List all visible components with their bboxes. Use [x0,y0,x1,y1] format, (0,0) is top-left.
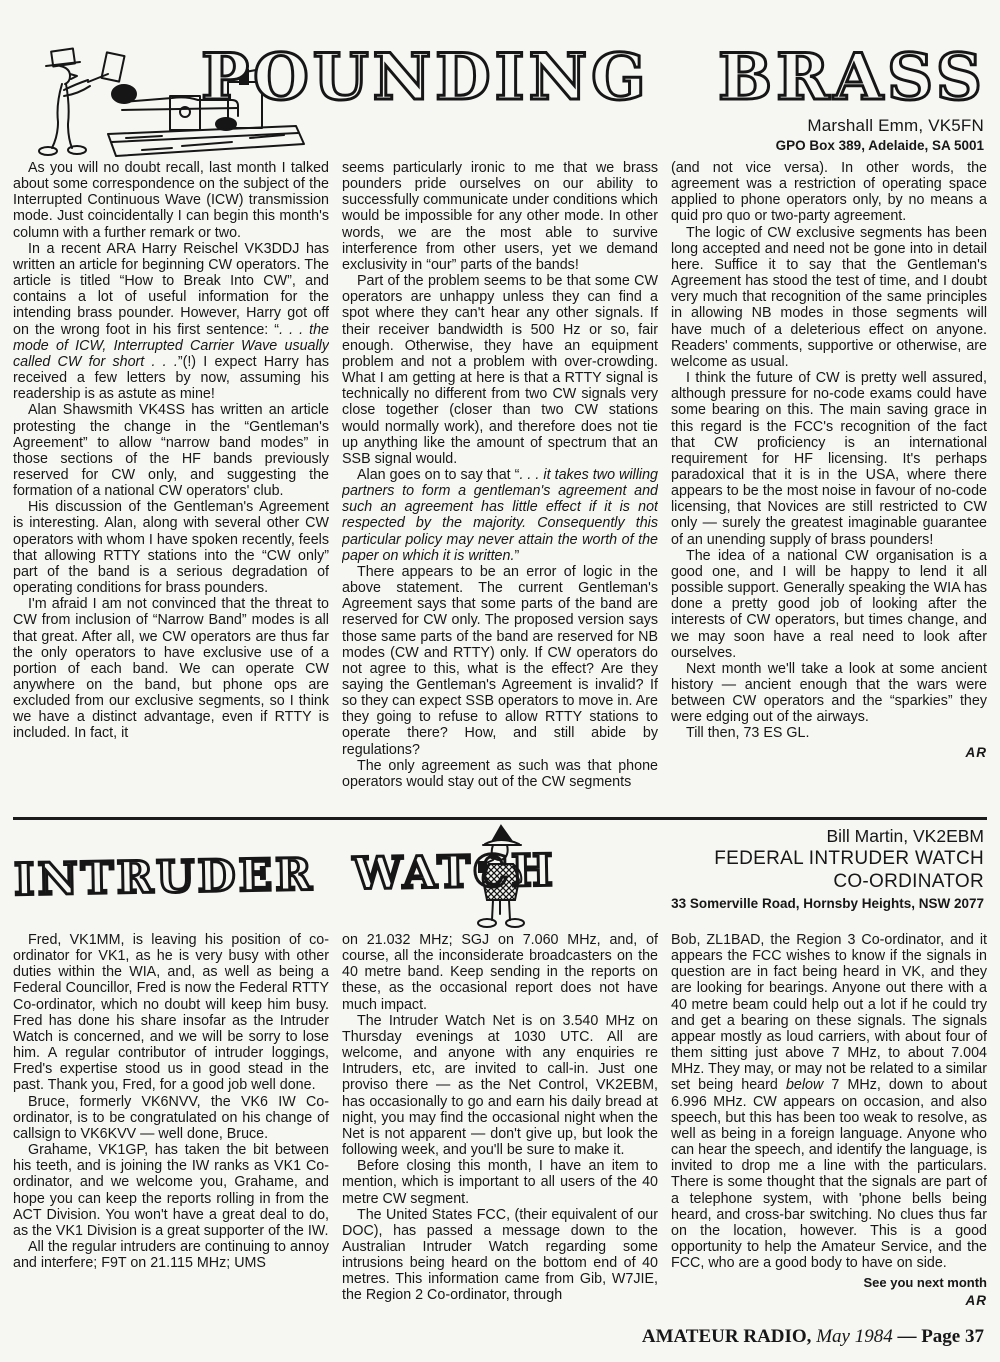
article2-column-3: Bob, ZL1BAD, the Region 3 Co-ordinator, … [671,932,987,1330]
article2-address: 33 Somerville Road, Hornsby Heights, NSW… [671,896,984,911]
paragraph: on 21.032 MHz; SGJ on 7.060 MHz, and, of… [342,932,658,1013]
paragraph: Before closing this month, I have an ite… [342,1158,658,1206]
paragraph: There appears to be an error of logic in… [342,564,658,758]
paragraph: (and not vice versa). In other words, th… [671,160,987,225]
article1-end-mark: AR [671,745,987,760]
article2-column-1: Fred, VK1MM, is leaving his position of … [13,932,329,1330]
article2-byline: Bill Martin, VK2EBM FEDERAL INTRUDER WAT… [671,826,984,911]
paragraph: The logic of CW exclusive segments has b… [671,225,987,370]
article1-column-2: seems particularly ironic to me that we … [342,160,658,812]
paragraph: The idea of a national CW organisation i… [671,548,987,661]
article1-address: GPO Box 389, Adelaide, SA 5001 [776,138,984,153]
intruder-watch-mascot-icon [455,822,547,930]
paragraph: Alan goes on to say that “. . . it takes… [342,467,658,564]
paragraph: As you will no doubt recall, last month … [13,160,329,241]
see-you-next-month: See you next month [671,1275,987,1290]
article1-column-3: (and not vice versa). In other words, th… [671,160,987,812]
paragraph: All the regular intruders are continuing… [13,1239,329,1271]
article1-author: Marshall Emm, VK5FN [776,116,984,136]
article2-role-line1: FEDERAL INTRUDER WATCH [671,848,984,870]
paragraph: His discussion of the Gentleman's Agreem… [13,499,329,596]
article1-column-1: As you will no doubt recall, last month … [13,160,329,812]
article1-byline: Marshall Emm, VK5FN GPO Box 389, Adelaid… [776,116,984,153]
article2-role-line2: CO-ORDINATOR [671,871,984,893]
article2-author: Bill Martin, VK2EBM [671,826,984,847]
article2-column-2: on 21.032 MHz; SGJ on 7.060 MHz, and, of… [342,932,658,1330]
paragraph: The Intruder Watch Net is on 3.540 MHz o… [342,1013,658,1158]
article1-body: As you will no doubt recall, last month … [0,160,1000,812]
paragraph: The United States FCC, (their equivalent… [342,1207,658,1304]
page-footer: AMATEUR RADIO, May 1984 — Page 37 [642,1326,984,1348]
paragraph: seems particularly ironic to me that we … [342,160,658,273]
paragraph: Alan Shawsmith VK4SS has written an arti… [13,402,329,499]
paragraph: Grahame, VK1GP, has taken the bit betwee… [13,1142,329,1239]
paragraph: Till then, 73 ES GL. [671,725,987,741]
paragraph: The only agreement as such was that phon… [342,758,658,790]
paragraph: I'm afraid I am not convinced that the t… [13,596,329,741]
article2-end-mark: AR [671,1293,987,1308]
magazine-page: POUNDING BRASS Marshall Emm, VK5FN GPO B… [0,0,1000,1362]
pounding-brass-header: POUNDING BRASS Marshall Emm, VK5FN GPO B… [0,0,1000,160]
paragraph: Bruce, formerly VK6NVV, the VK6 IW Co-or… [13,1094,329,1142]
intruder-watch-header: INTRUDER WATCH [0,820,1000,932]
article1-title: POUNDING BRASS [201,46,986,110]
paragraph: Bob, ZL1BAD, the Region 3 Co-ordinator, … [671,932,987,1271]
paragraph: Next month we'll take a look at some anc… [671,661,987,726]
paragraph: Fred, VK1MM, is leaving his position of … [13,932,329,1094]
paragraph: I think the future of CW is pretty well … [671,370,987,548]
paragraph: Part of the problem seems to be that som… [342,273,658,467]
paragraph: In a recent ARA Harry Reischel VK3DDJ ha… [13,241,329,403]
article2-body: Fred, VK1MM, is leaving his position of … [0,932,1000,1330]
